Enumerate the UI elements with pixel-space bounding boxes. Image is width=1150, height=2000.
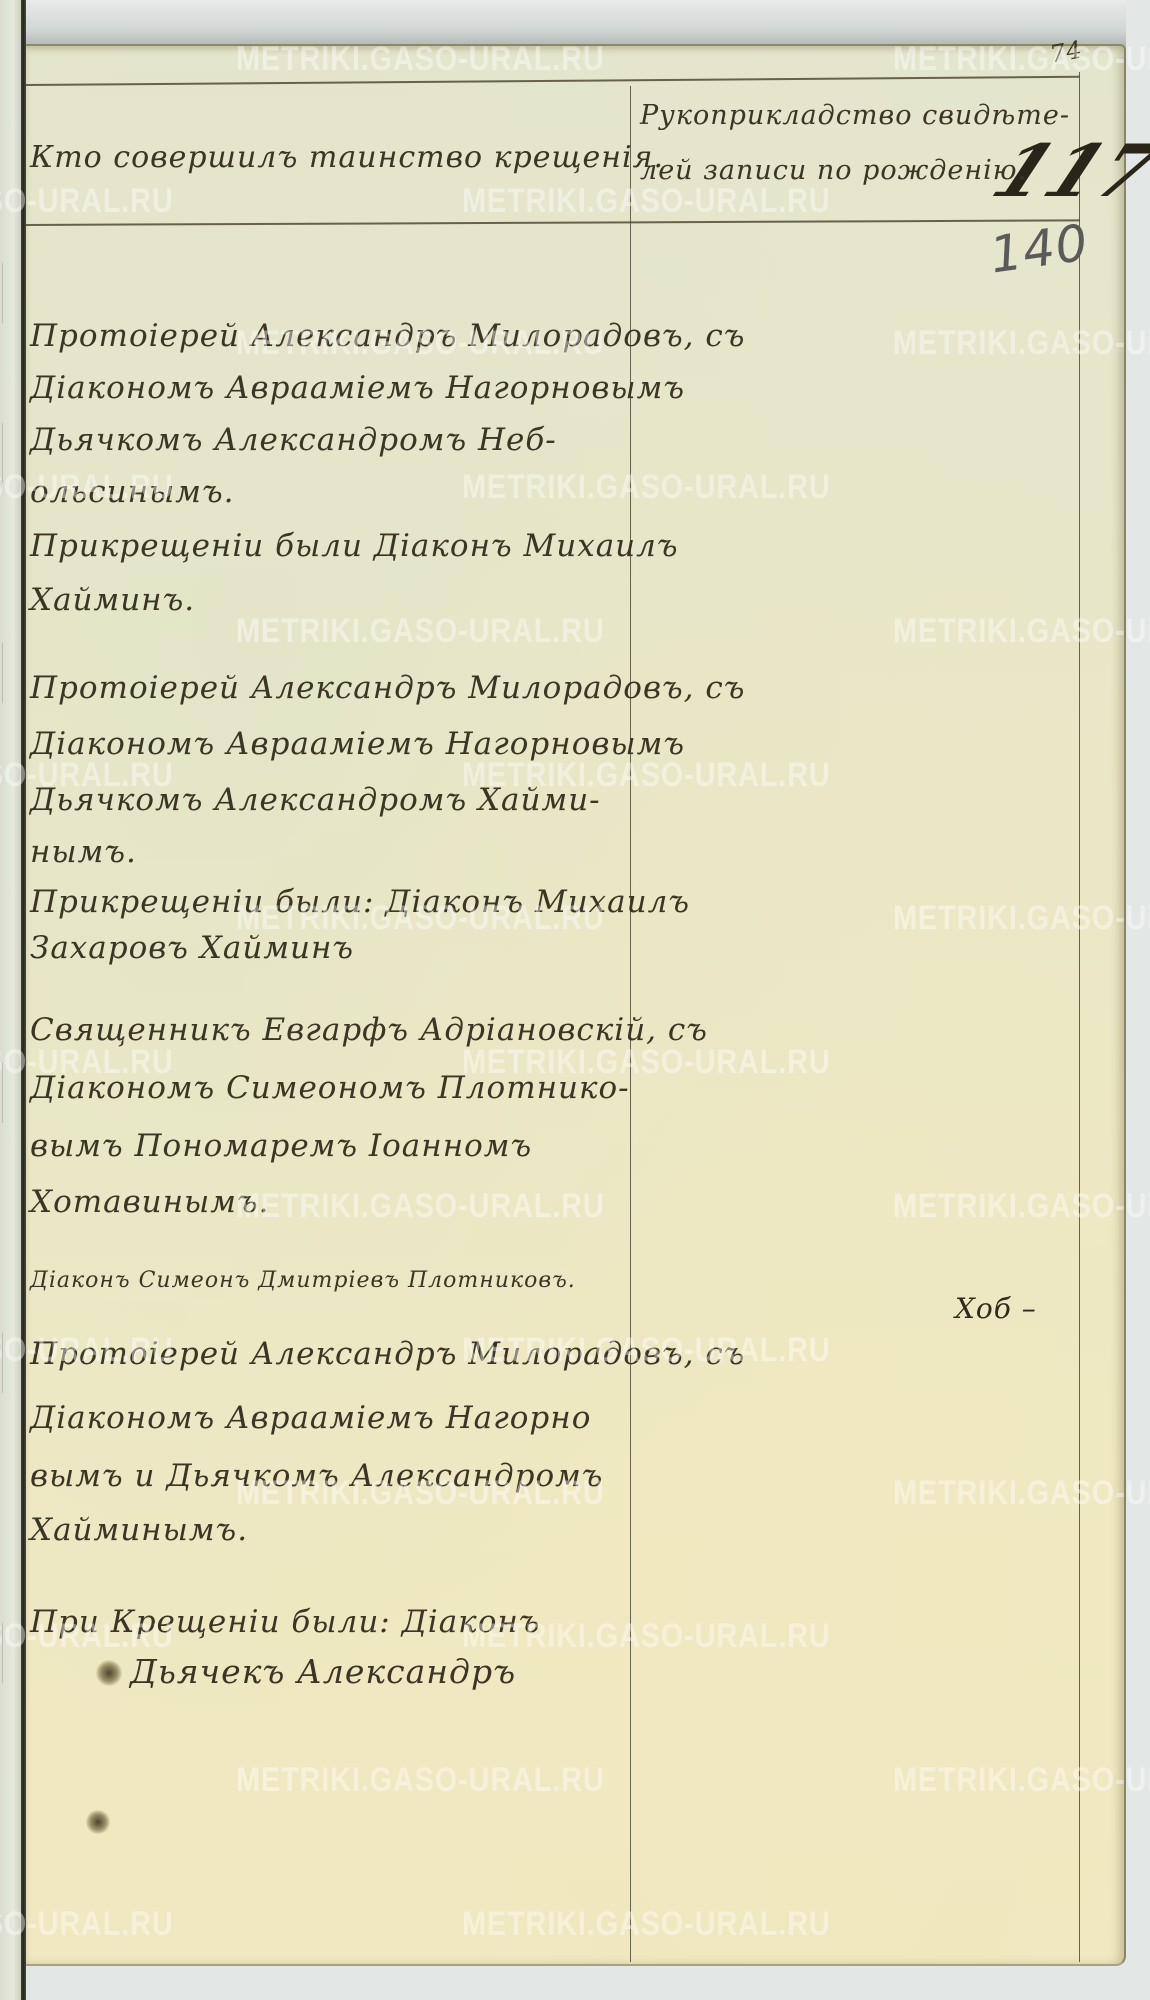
watermark: METRIKI.GASO-URAL.RU <box>462 1331 831 1370</box>
entry-line: вымъ Пономаремъ Іоанномъ <box>30 1128 532 1164</box>
watermark: METRIKI.GASO-URAL.RU <box>0 1617 174 1656</box>
watermark: METRIKI.GASO-URAL.RU <box>462 468 831 507</box>
entry-line: Діакономъ Авраамiемъ Нагорновымъ <box>30 370 685 406</box>
godparents-line: Діаконъ Симеонъ Дмитріевъ Плотниковъ. <box>30 1268 576 1293</box>
entry-line: Хайминымъ. <box>30 1512 248 1548</box>
godparents-line: Хайминъ. <box>30 582 195 618</box>
watermark: METRIKI.GASO-URAL.RU <box>0 1043 174 1082</box>
watermark: METRIKI.GASO-URAL.RU <box>893 1187 1150 1226</box>
godparents-line: Дьячекъ Александръ <box>130 1652 516 1691</box>
entry-line: Хотавинымъ. <box>30 1184 270 1220</box>
watermark: METRIKI.GASO-URAL.RU <box>462 1617 831 1656</box>
watermark: METRIKI.GASO-URAL.RU <box>236 1474 605 1513</box>
watermark: METRIKI.GASO-URAL.RU <box>893 899 1150 938</box>
entry-line: нымъ. <box>30 834 137 870</box>
watermark: METRIKI.GASO-URAL.RU <box>893 1761 1150 1800</box>
watermark: METRIKI.GASO-URAL.RU <box>236 1761 605 1800</box>
ink-blot <box>86 1810 110 1834</box>
watermark: METRIKI.GASO-URAL.RU <box>462 1905 831 1944</box>
watermark: METRIKI.GASO-URAL.RU <box>0 1905 174 1944</box>
watermark: METRIKI.GASO-URAL.RU <box>0 182 174 221</box>
faint-writing <box>2 637 19 703</box>
book-binding <box>21 0 26 2000</box>
watermark: METRIKI.GASO-URAL.RU <box>236 1187 605 1226</box>
ink-blot <box>96 1660 122 1686</box>
watermark: METRIKI.GASO-URAL.RU <box>236 40 605 79</box>
watermark: METRIKI.GASO-URAL.RU <box>893 40 1150 79</box>
watermark: METRIKI.GASO-URAL.RU <box>0 468 174 507</box>
watermark: METRIKI.GASO-URAL.RU <box>236 324 605 363</box>
header-left-column: Кто совершилъ таинство крещенія. <box>30 140 664 175</box>
godparents-line: Прикрещеніи были Діаконъ Михаилъ <box>30 528 679 564</box>
entry-line: Діакономъ Авраамiемъ Нагорно <box>30 1400 591 1436</box>
watermark: METRIKI.GASO-URAL.RU <box>0 1331 174 1370</box>
entry-line: Дьячкомъ Александромъ Неб- <box>30 422 557 458</box>
watermark: METRIKI.GASO-URAL.RU <box>462 1043 831 1082</box>
watermark: METRIKI.GASO-URAL.RU <box>0 756 174 795</box>
watermark: METRIKI.GASO-URAL.RU <box>893 324 1150 363</box>
watermark: METRIKI.GASO-URAL.RU <box>236 899 605 938</box>
watermark: METRIKI.GASO-URAL.RU <box>893 1474 1150 1513</box>
watermark: METRIKI.GASO-URAL.RU <box>462 756 831 795</box>
faint-writing <box>2 257 19 323</box>
watermark: METRIKI.GASO-URAL.RU <box>462 182 831 221</box>
previous-page-strip <box>0 0 22 2000</box>
watermark: METRIKI.GASO-URAL.RU <box>893 612 1150 651</box>
watermark: METRIKI.GASO-URAL.RU <box>236 612 605 651</box>
entry-line: Протоіерей Александръ Милорадовъ, съ <box>30 670 745 706</box>
header-right-line-1: Рукоприкладство свидѣте- <box>640 100 1070 131</box>
right-column-note: Хоб – <box>955 1292 1037 1325</box>
